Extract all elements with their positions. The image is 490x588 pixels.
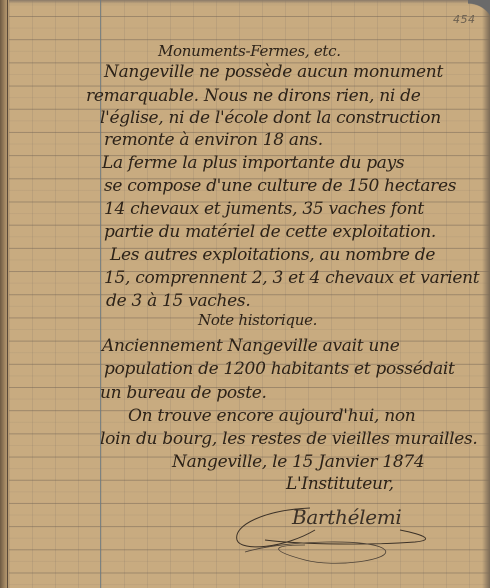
text-line: La ferme la plus importante du pays — [102, 153, 404, 173]
binding-rule — [7, 0, 8, 588]
document-page: 454 Monuments-Fermes, etc. Nangeville ne… — [0, 0, 490, 588]
text-line: partie du matériel de cette exploitation… — [104, 222, 436, 242]
text-line: remonte à environ 18 ans. — [104, 130, 323, 150]
text-line: se compose d'une culture de 150 hectares — [104, 176, 456, 196]
text-line: 14 chevaux et juments, 35 vaches font — [104, 199, 424, 219]
text-line: 15, comprennent 2, 3 et 4 chevaux et var… — [104, 268, 479, 288]
section-heading-history: Note historique. — [198, 311, 317, 329]
signature-flourish-icon — [225, 500, 445, 570]
place-date: Nangeville, le 15 Janvier 1874 — [172, 452, 424, 472]
text-line: loin du bourg, les restes de vieilles mu… — [100, 429, 478, 449]
text-line: remarquable. Nous ne dirons rien, ni de — [86, 86, 421, 106]
page-right-edge — [482, 0, 490, 588]
text-line: de 3 à 15 vaches. — [106, 291, 250, 311]
text-line: On trouve encore aujourd'hui, non — [128, 406, 415, 426]
author-title: L'Instituteur, — [286, 474, 394, 494]
page-top-shadow — [0, 0, 490, 4]
text-line: population de 1200 habitants et possédai… — [104, 359, 455, 379]
section-heading-monuments: Monuments-Fermes, etc. — [158, 42, 341, 60]
text-line: l'église, ni de l'école dont la construc… — [100, 108, 441, 128]
page-number: 454 — [453, 13, 476, 26]
text-line: Anciennement Nangeville avait une — [102, 336, 399, 356]
text-line: Nangeville ne possède aucun monument — [104, 62, 443, 82]
text-line: un bureau de poste. — [100, 383, 267, 403]
text-line: Les autres exploitations, au nombre de — [110, 245, 435, 265]
